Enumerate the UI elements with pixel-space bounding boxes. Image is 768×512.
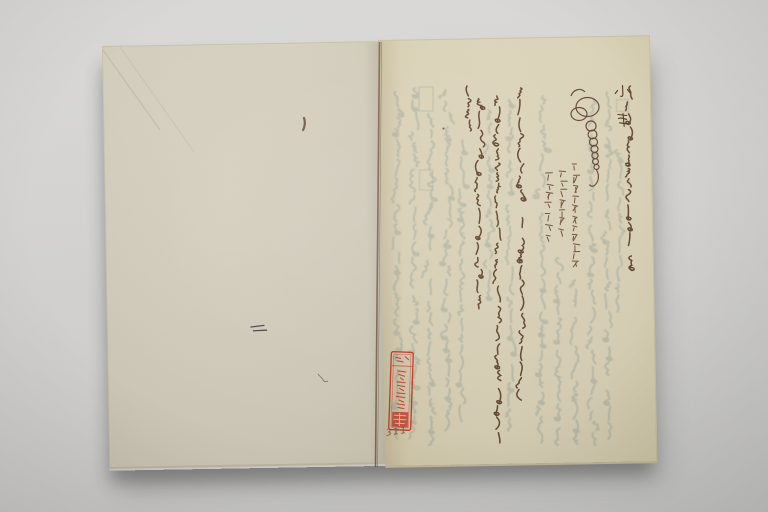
bleedthrough-column <box>484 110 495 300</box>
main-text-column <box>516 88 526 400</box>
left-page-creases <box>103 47 194 152</box>
katakana-annotation-column <box>559 171 568 236</box>
section-header <box>615 86 630 127</box>
katakana-annotation-columns <box>545 164 580 267</box>
katakana-annotation-column <box>545 173 554 242</box>
bleedthrough-column <box>533 96 551 443</box>
katakana-annotation-column <box>572 164 580 267</box>
left-page-double-dash <box>251 325 267 330</box>
binding-gutter <box>376 42 382 467</box>
main-text-column <box>626 86 635 271</box>
ink-dot <box>443 128 445 130</box>
photo-scene: 311 <box>0 0 768 512</box>
manuscript-ink-overlay <box>0 0 768 512</box>
bleedthrough-column <box>601 92 612 439</box>
left-page-squiggle <box>318 374 328 382</box>
main-text-column <box>475 99 485 309</box>
bleedthrough-column <box>422 114 437 445</box>
bleedthrough-column <box>554 258 563 445</box>
main-text-column <box>465 86 471 131</box>
main-text-column <box>493 96 502 443</box>
left-page-ink-speck <box>303 118 305 130</box>
bleedthrough-column <box>615 150 625 312</box>
bleedthrough-column <box>439 90 454 431</box>
bleedthrough-column <box>457 140 469 422</box>
bleedthrough-column <box>570 280 579 444</box>
collector-seal-stamp <box>389 352 414 431</box>
bleedthrough-column <box>506 100 517 431</box>
